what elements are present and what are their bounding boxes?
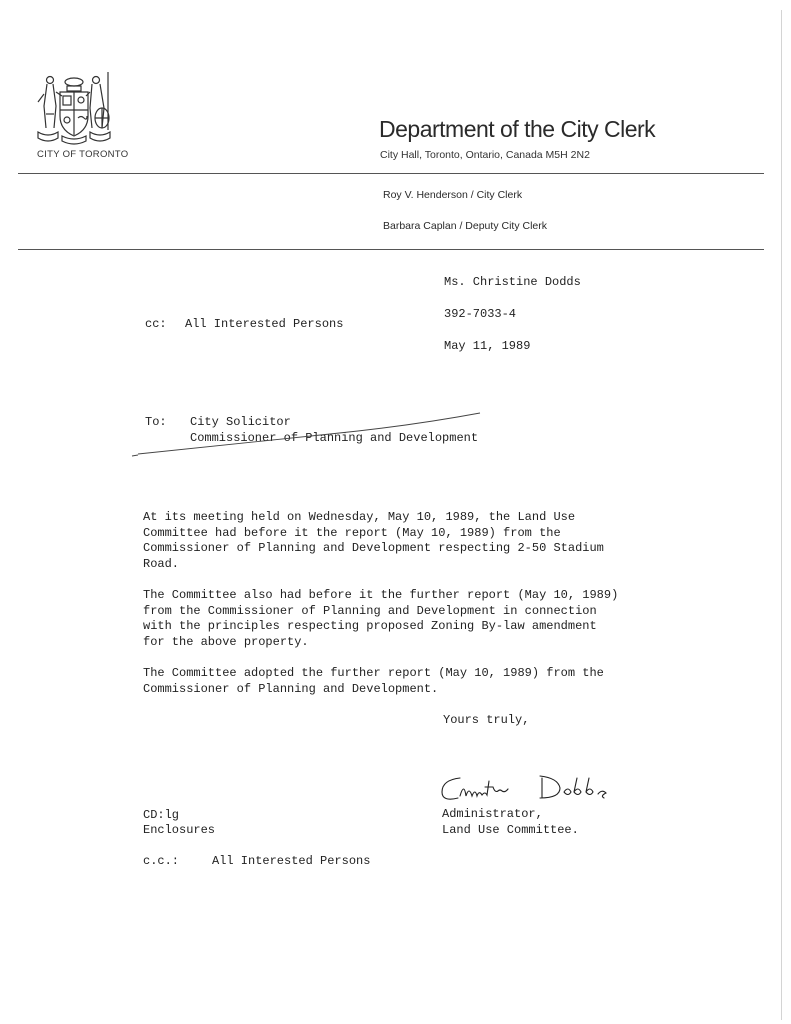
salutation: Yours truly, [443, 713, 529, 729]
letter-date: May 11, 1989 [444, 339, 530, 355]
coat-of-arms-icon [34, 66, 114, 148]
signer-committee: Land Use Committee. [442, 823, 579, 839]
enclosures-note: Enclosures [143, 823, 215, 839]
body-paragraph: The Committee adopted the further report… [143, 666, 604, 697]
city-label: CITY OF TORONTO [37, 149, 128, 160]
header-divider [18, 173, 764, 174]
department-title: Department of the City Clerk [379, 116, 655, 143]
deputy-city-clerk: Barbara Caplan / Deputy City Clerk [383, 220, 547, 232]
typist-initials: CD:lg [143, 808, 179, 824]
handwritten-strike-line [130, 408, 490, 460]
contact-phone: 392-7033-4 [444, 307, 516, 323]
body-paragraph: The Committee also had before it the fur… [143, 588, 618, 650]
city-clerk: Roy V. Henderson / City Clerk [383, 189, 522, 201]
header-divider-lower [18, 249, 764, 250]
cc-top-value: All Interested Persons [185, 317, 343, 333]
signer-title: Administrator, [442, 807, 543, 823]
contact-name: Ms. Christine Dodds [444, 275, 581, 291]
page-edge [781, 10, 782, 1020]
cc-footer-value: All Interested Persons [212, 854, 370, 870]
cc-footer-label: c.c.: [143, 854, 179, 870]
signature [438, 770, 628, 810]
cc-top-label: cc: [145, 317, 167, 333]
body-paragraph: At its meeting held on Wednesday, May 10… [143, 510, 604, 572]
department-address: City Hall, Toronto, Ontario, Canada M5H … [380, 149, 590, 161]
